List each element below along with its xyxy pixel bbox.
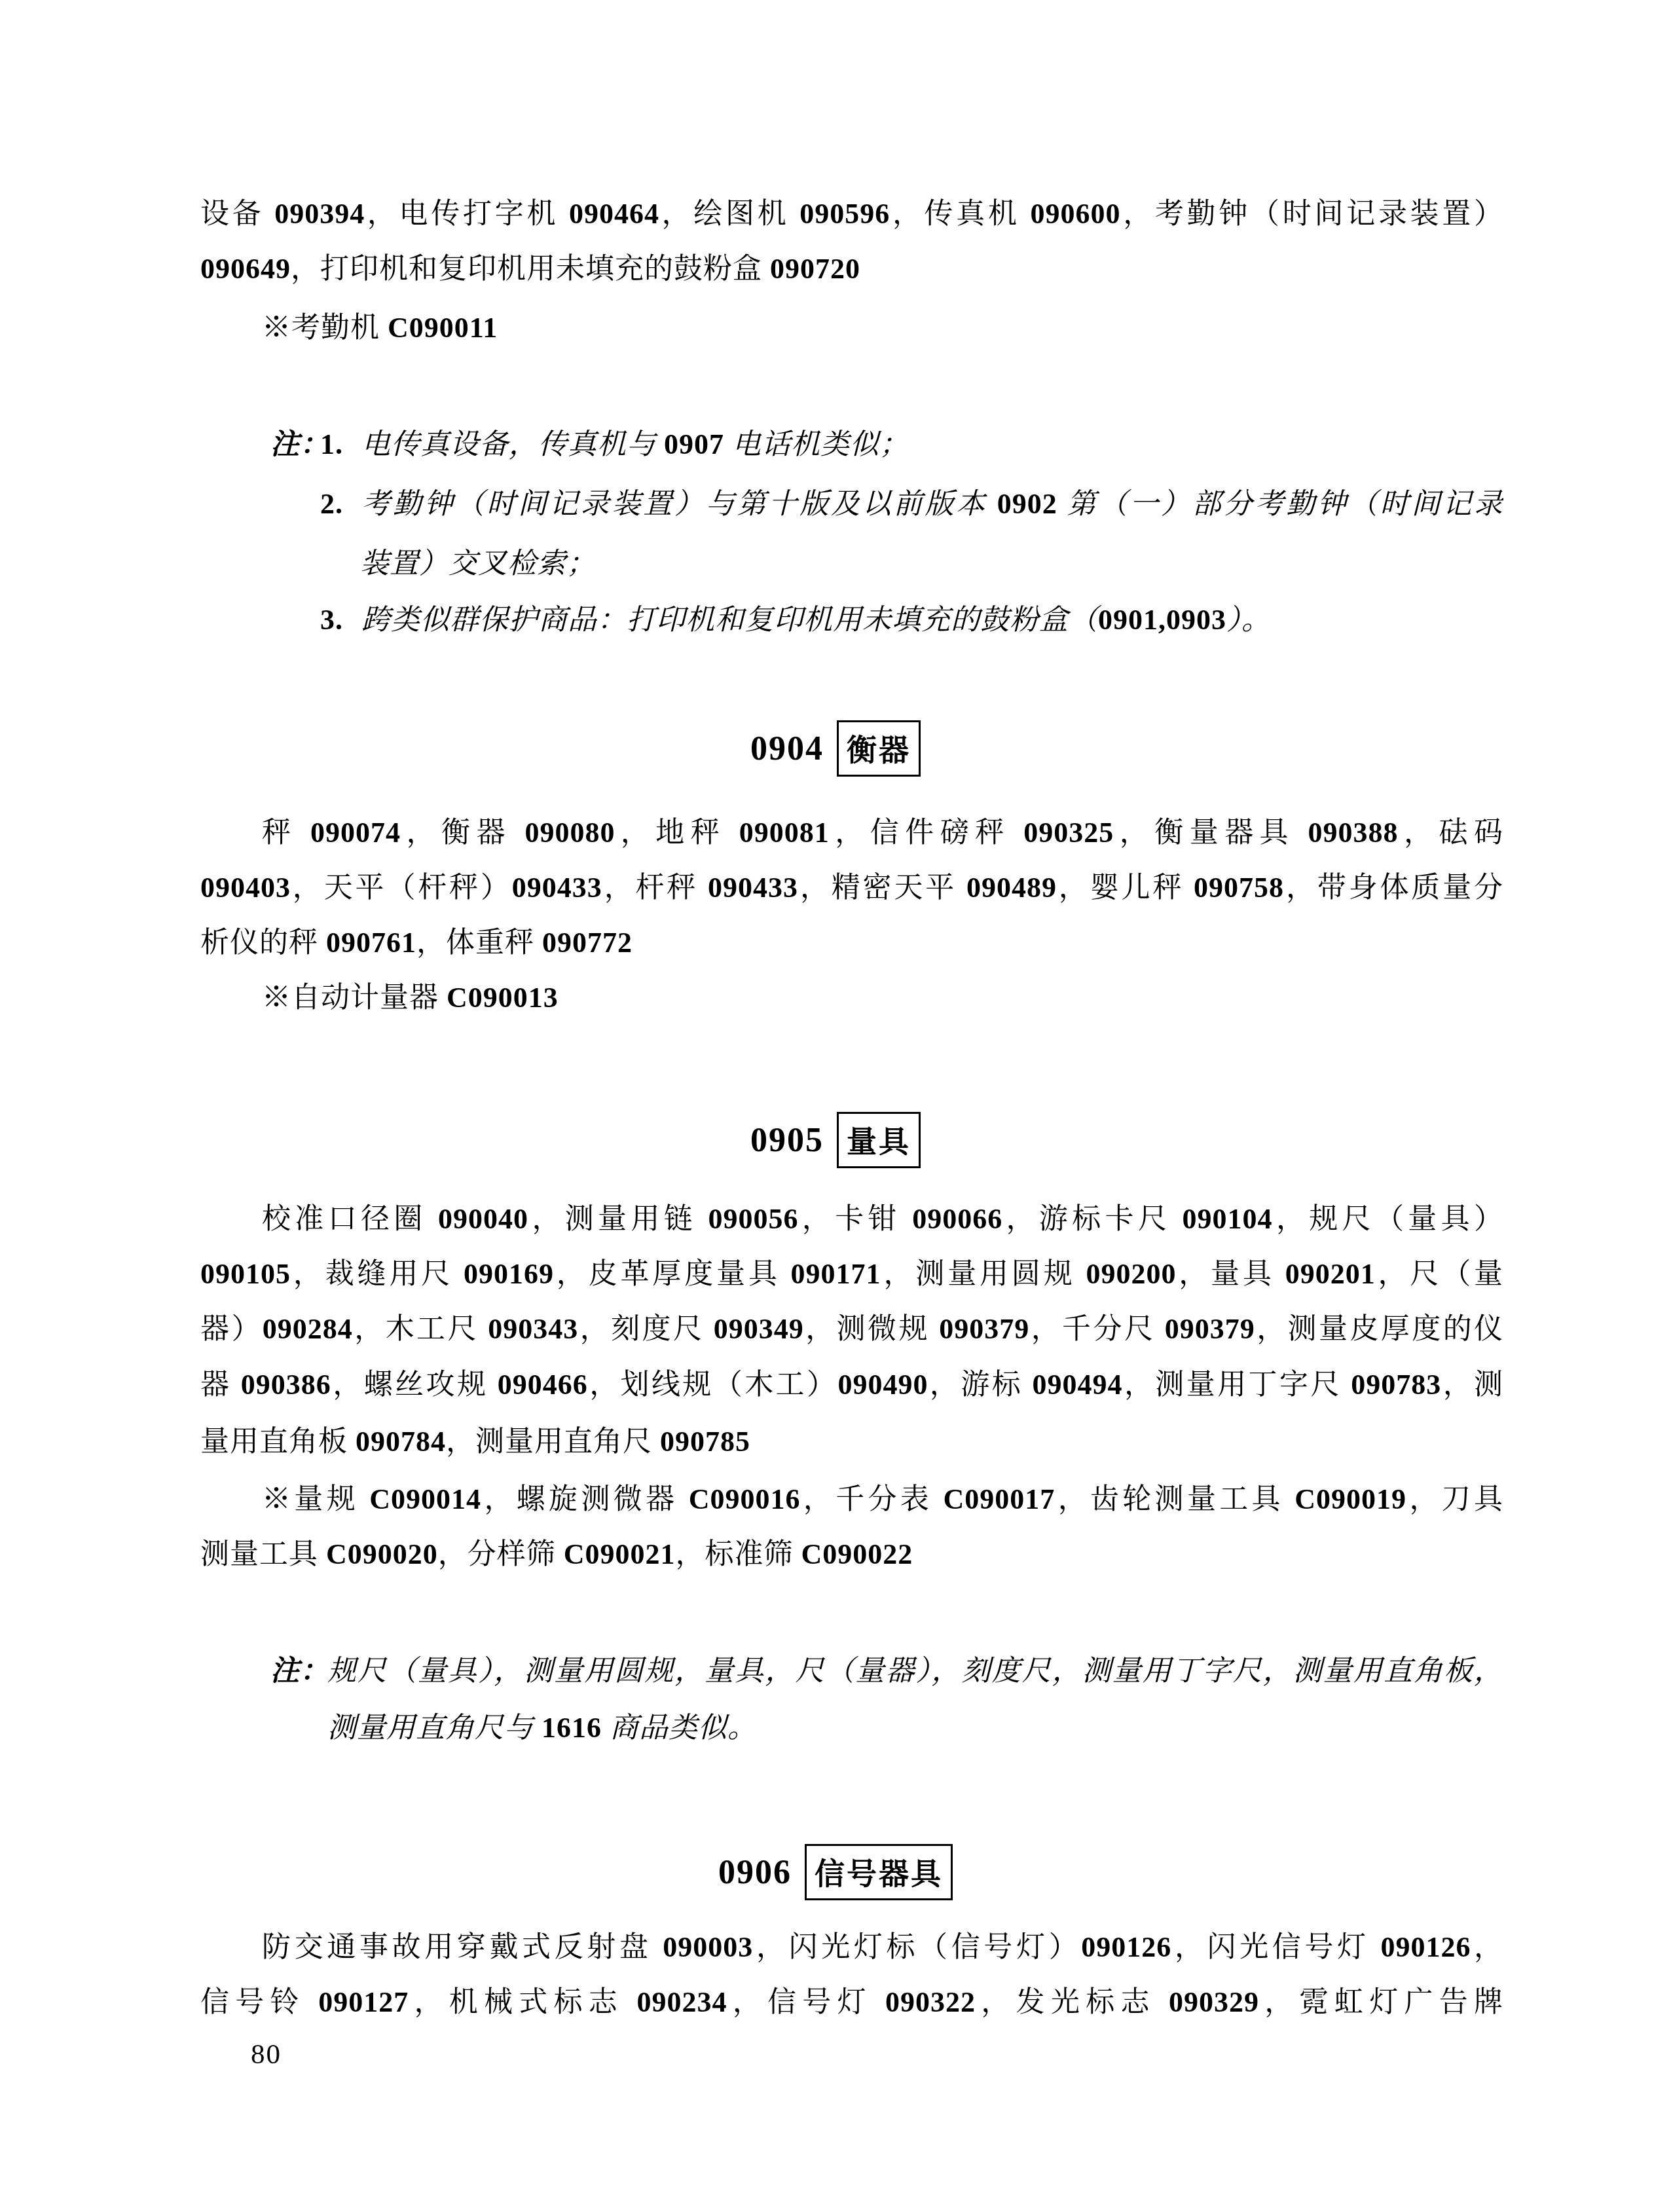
section-header-0904: 0904 衡器 — [0, 720, 1671, 777]
c-code-line: ※自动计量器 C090013 — [200, 979, 1503, 1017]
note-text: 电传真设备，传真机与 0907 电话机类似； — [361, 426, 1503, 464]
paragraph-line: 信号铃 090127，机械式标志 090234，信号灯 090322，发光标志 … — [200, 1983, 1503, 2021]
note-text: 考勤钟（时间记录装置）与第十版及以前版本 0902 第（一）部分考勤钟（时间记录 — [361, 485, 1503, 523]
c-code-line: ※考勤机 C090011 — [200, 309, 1503, 347]
paragraph-line: 设备 090394，电传打字机 090464，绘图机 090596，传真机 09… — [200, 195, 1503, 233]
paragraph-line: 防交通事故用穿戴式反射盘 090003，闪光灯标（信号灯）090126，闪光信号… — [200, 1928, 1503, 1966]
paragraph-line: 量用直角板 090784，测量用直角尺 090785 — [200, 1423, 1503, 1461]
note-number: 1. — [320, 426, 361, 464]
section-title-box: 信号器具 — [805, 1844, 953, 1900]
note-row: 注： 1. 电传真设备，传真机与 0907 电话机类似； — [270, 426, 1503, 464]
paragraph-line: 器 090386，螺丝攻规 090466，划线规（木工）090490，游标 09… — [200, 1366, 1503, 1404]
page-number: 80 — [251, 2038, 282, 2072]
note-text: 规尺（量具），测量用圆规，量具，尺（量器），刻度尺，测量用丁字尺，测量用直角板， — [327, 1652, 1503, 1690]
section-header-0906: 0906 信号器具 — [0, 1844, 1671, 1900]
section-title-box: 量具 — [837, 1112, 921, 1168]
paragraph-line: 析仪的秤 090761，体重秤 090772 — [200, 924, 1503, 962]
paragraph-line: 秤 090074，衡器 090080，地秤 090081，信件磅秤 090325… — [200, 814, 1503, 852]
paragraph-line: 090105，裁缝用尺 090169，皮革厚度量具 090171，测量用圆规 0… — [200, 1255, 1503, 1293]
note-text-continuation: 测量用直角尺与 1616 商品类似。 — [327, 1709, 1503, 1747]
c-code-line: 测量工具 C090020，分样筛 C090021，标准筛 C090022 — [200, 1536, 1503, 1574]
section-header-0905: 0905 量具 — [0, 1112, 1671, 1168]
section-code: 0904 — [750, 729, 824, 768]
section-code: 0905 — [750, 1121, 824, 1160]
note-row: 注： 规尺（量具），测量用圆规，量具，尺（量器），刻度尺，测量用丁字尺，测量用直… — [270, 1652, 1503, 1690]
note-number: 2. — [320, 485, 361, 523]
note-row: 2. 考勤钟（时间记录装置）与第十版及以前版本 0902 第（一）部分考勤钟（时… — [270, 485, 1503, 523]
section-code: 0906 — [718, 1853, 792, 1892]
section-title-box: 衡器 — [837, 720, 921, 777]
c-code-line: ※量规 C090014，螺旋测微器 C090016，千分表 C090017，齿轮… — [200, 1481, 1503, 1519]
note-number: 3. — [320, 601, 361, 639]
paragraph-line: 器）090284，木工尺 090343，刻度尺 090349，测微规 09037… — [200, 1310, 1503, 1348]
paragraph-line: 校准口径圈 090040，测量用链 090056，卡钳 090066，游标卡尺 … — [200, 1200, 1503, 1238]
note-label: 注： — [270, 426, 320, 464]
note-row: 3. 跨类似群保护商品：打印机和复印机用未填充的鼓粉盒（0901,0903）。 — [270, 601, 1503, 639]
note-label: 注： — [270, 1652, 327, 1690]
note-text-continuation: 装置）交叉检索； — [360, 545, 1503, 583]
note-text: 跨类似群保护商品：打印机和复印机用未填充的鼓粉盒（0901,0903）。 — [361, 601, 1503, 639]
paragraph-line: 090403，天平（杆秤）090433，杆秤 090433，精密天平 09048… — [200, 869, 1503, 907]
document-page: 设备 090394，电传打字机 090464，绘图机 090596，传真机 09… — [0, 0, 1671, 2212]
paragraph-line: 090649，打印机和复印机用未填充的鼓粉盒 090720 — [200, 250, 1503, 288]
